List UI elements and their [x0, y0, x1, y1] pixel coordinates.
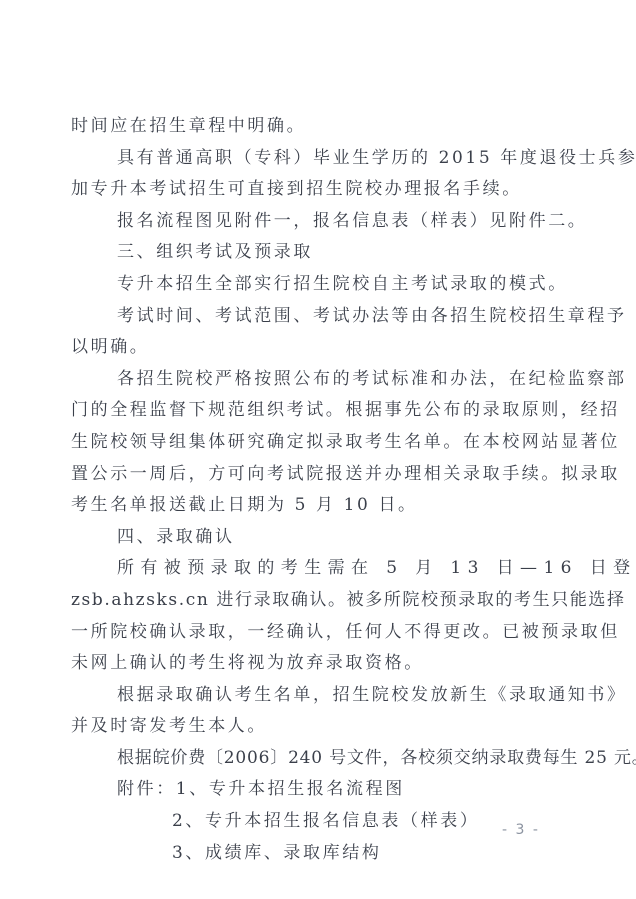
paragraph-line: 考试时间、考试范围、考试办法等由各招生院校招生章程予 — [71, 301, 559, 333]
paragraph-line: 时间应在招生章程中明确。 — [71, 111, 559, 143]
paragraph-line: 生院校领导组集体研究确定拟录取考生名单。在本校网站显著位 — [71, 427, 559, 459]
paragraph-line: 根据录取确认考生名单，招生院校发放新生《录取通知书》 — [71, 680, 559, 712]
paragraph-line: 专升本招生全部实行招生院校自主考试录取的模式。 — [71, 269, 559, 301]
attachment-item-3: 3、成绩库、录取库结构 — [71, 838, 559, 870]
paragraph-line: 一所院校确认录取，一经确认，任何人不得更改。已被预录取但 — [71, 617, 559, 649]
paragraph-line: 未网上确认的考生将视为放弃录取资格。 — [71, 648, 559, 680]
page-number: - 3 - — [502, 822, 540, 838]
paragraph-line: 根据皖价费〔2006〕240 号文件，各校须交纳录取费每生 25 元。 — [71, 743, 559, 775]
document-body: 时间应在招生章程中明确。 具有普通高职（专科）毕业生学历的 2015 年度退役士… — [71, 111, 559, 869]
attachment-item-1: 附件：1、专升本招生报名流程图 — [71, 774, 559, 806]
paragraph-line: 所有被预录取的考生需在 5 月 13 日—16 日登陆 — [71, 553, 559, 585]
document-page: 时间应在招生章程中明确。 具有普通高职（专科）毕业生学历的 2015 年度退役士… — [0, 0, 636, 899]
paragraph-line: 具有普通高职（专科）毕业生学历的 2015 年度退役士兵参 — [71, 143, 559, 175]
paragraph-line: 置公示一周后，方可向考试院报送并办理相关录取手续。拟录取 — [71, 459, 559, 491]
paragraph-line: 以明确。 — [71, 332, 559, 364]
paragraph-line: 门的全程监督下规范组织考试。根据事先公布的录取原则，经招 — [71, 395, 559, 427]
paragraph-line: 各招生院校严格按照公布的考试标准和办法，在纪检监察部 — [71, 364, 559, 396]
paragraph-line: 并及时寄发考生本人。 — [71, 711, 559, 743]
paragraph-line: 加专升本考试招生可直接到招生院校办理报名手续。 — [71, 174, 559, 206]
attachment-item-2: 2、专升本招生报名信息表（样表） — [71, 806, 559, 838]
section-heading-4: 四、录取确认 — [71, 522, 559, 554]
section-heading-3: 三、组织考试及预录取 — [71, 237, 559, 269]
paragraph-line: 报名流程图见附件一，报名信息表（样表）见附件二。 — [71, 206, 559, 238]
paragraph-line: zsb.ahzsks.cn 进行录取确认。被多所院校预录取的考生只能选择 — [71, 585, 559, 617]
paragraph-line: 考生名单报送截止日期为 5 月 10 日。 — [71, 490, 559, 522]
